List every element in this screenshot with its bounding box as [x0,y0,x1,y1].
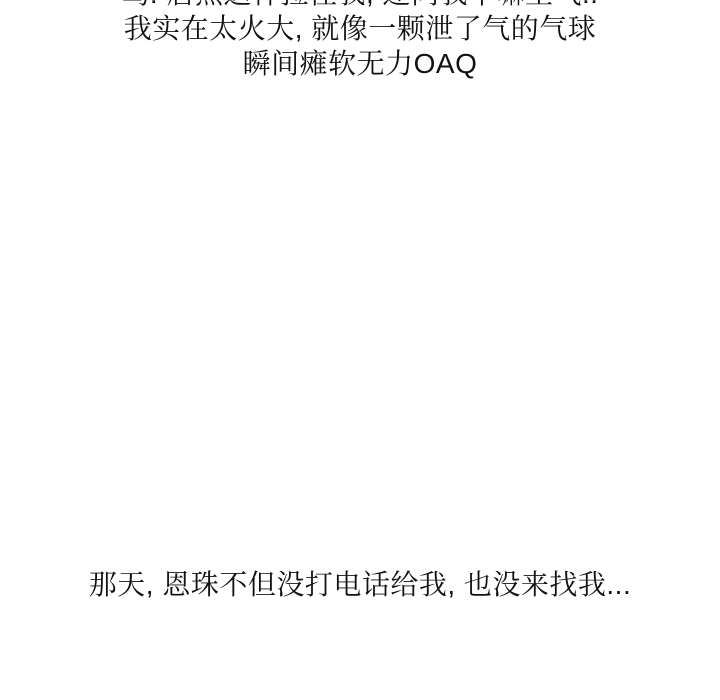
narration-line-bottom: 那天, 恩珠不但没打电话给我, 也没来找我... [0,568,720,602]
top-narration-block: 骂! 居然这样拉住我, 还问我干嘛生气!! 我实在太火大, 就像一颗泄了气的气球… [0,0,720,81]
bottom-narration-block: 那天, 恩珠不但没打电话给我, 也没来找我... [0,568,720,602]
comic-page: 骂! 居然这样拉住我, 还问我干嘛生气!! 我实在太火大, 就像一颗泄了气的气球… [0,0,720,700]
narration-line-2: 我实在太火大, 就像一颗泄了气的气球 [0,11,720,46]
narration-line-clipped-top: 骂! 居然这样拉住我, 还问我干嘛生气!! [0,0,720,11]
narration-line-3: 瞬间瘫软无力OAQ [0,46,720,81]
